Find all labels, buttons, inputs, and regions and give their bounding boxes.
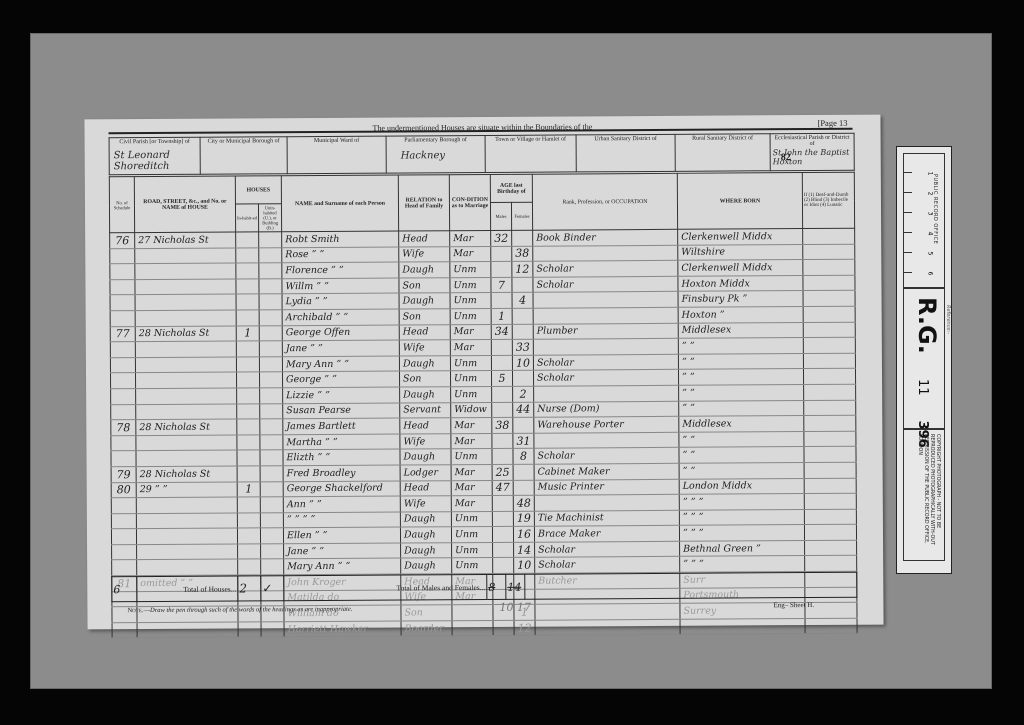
cell-condition: Unm: [452, 558, 493, 574]
col-road: ROAD, STREET, &c., and No. or NAME of HO…: [134, 176, 235, 233]
cell-relation: Daugh: [399, 293, 450, 309]
cell-name: Rose ” ”: [282, 247, 399, 263]
cell-female-age: [512, 277, 533, 293]
cell-name: Martha ” ”: [283, 434, 400, 450]
cell-schedule: [110, 357, 135, 373]
cell-name: Harriett Hawker: [284, 621, 401, 637]
cell-male-age: [491, 293, 512, 309]
cell-uninhabited: [260, 388, 283, 404]
cell-condition: Unm: [450, 371, 491, 387]
cell-uninhabited: [260, 434, 283, 450]
cell-born: Hoxton ”: [678, 307, 803, 323]
cell-relation: Son: [399, 277, 450, 293]
cell-female-age: [513, 417, 534, 433]
cell-schedule: 80: [111, 482, 136, 498]
cell-occupation: Music Printer: [534, 479, 679, 495]
cell-name: Fred Broadley: [283, 465, 400, 481]
cell-name: Florence ” ”: [282, 262, 399, 278]
cell-born: London Middx: [679, 478, 804, 494]
cell-infirmity: [804, 462, 856, 478]
cell-female-age: 10: [514, 558, 535, 574]
copyright-box: COPYRIGHT PHOTOGRAPH - NOT TO BE REPRODU…: [903, 429, 945, 561]
persons-total-label: Total of Males and Females...: [284, 574, 487, 600]
houses-uninhabited-total: ✓: [261, 576, 284, 601]
cell-born: ” ”: [678, 353, 803, 369]
cell-female-age: [512, 230, 533, 246]
col-males: Males: [490, 202, 511, 230]
cell-relation: Boarder: [401, 621, 452, 637]
col-condition: CON-DITION as to Marriage: [449, 174, 490, 230]
cell-road: [136, 435, 237, 451]
cell-relation: Wife: [399, 246, 450, 262]
cell-relation: Head: [399, 231, 450, 247]
cell-infirmity: [803, 353, 855, 369]
cell-born: Hoxton Middx: [678, 275, 803, 291]
cell-relation: Lodger: [400, 465, 451, 481]
boundary-parliamentary: Parliamentary Borough of Hackney: [386, 135, 485, 173]
ruler: 1 2 3 4 5 6 PUBLIC RECORD OFFICE: [903, 153, 945, 289]
cell-inhabited: [237, 435, 260, 451]
cell-relation: Wife: [400, 496, 451, 512]
cell-name: Elizth ” ”: [283, 449, 400, 465]
cell-male-age: [492, 449, 513, 465]
cell-inhabited: [236, 294, 259, 310]
cell-uninhabited: [260, 466, 283, 482]
cell-condition: Unm: [450, 262, 491, 278]
cell-male-age: [493, 542, 514, 558]
cell-schedule: [111, 451, 136, 467]
cell-occupation: Tie Machinist: [534, 510, 679, 526]
cell-male-age: [491, 262, 512, 278]
pencil-annotation: 10 17: [499, 601, 531, 614]
cell-schedule: [111, 404, 136, 420]
cell-relation: Daugh: [400, 527, 451, 543]
cell-infirmity: [804, 431, 856, 447]
district-stamp: 82: [781, 152, 791, 163]
cell-condition: Mar: [450, 230, 491, 246]
cell-occupation: Cabinet Maker: [534, 463, 679, 479]
cell-male-age: 1: [491, 308, 512, 324]
cell-female-age: [512, 324, 533, 340]
cell-born: ” ”: [679, 384, 804, 400]
houses-total-label: Total of Houses...: [137, 576, 238, 602]
cell-infirmity: [805, 556, 857, 572]
cell-schedule: [111, 529, 136, 545]
reference-strip: 1 2 3 4 5 6 PUBLIC RECORD OFFICE Referen…: [896, 146, 952, 574]
cell-uninhabited: [259, 232, 282, 248]
boundary-civil-parish: Civil Parish [or Township] of St Leonard…: [109, 137, 200, 175]
cell-relation: Daugh: [401, 558, 452, 574]
cell-name: Mary Ann ” ”: [284, 558, 401, 574]
cell-road: [136, 497, 237, 513]
cell-name: Ellen ” ”: [283, 527, 400, 543]
note-label: Note.—: [127, 607, 150, 614]
cell-condition: Unm: [450, 355, 491, 371]
cell-relation: Daugh: [400, 511, 451, 527]
cell-condition: Mar: [451, 480, 492, 496]
cell-male-age: 5: [491, 371, 512, 387]
cell-schedule: [111, 513, 136, 529]
cell-occupation: Warehouse Porter: [534, 416, 679, 432]
boundary-label: Parliamentary Borough of: [388, 137, 484, 144]
cell-name: Archibald ” ”: [282, 309, 399, 325]
cell-name: George ” ”: [282, 371, 399, 387]
cell-relation: Daugh: [400, 387, 451, 403]
boundary-label: Rural Sanitary District of: [677, 135, 769, 142]
cell-born: [680, 618, 805, 634]
cell-infirmity: [803, 306, 855, 322]
cell-schedule: [110, 342, 135, 358]
col-relation: RELATION to Head of Family: [398, 175, 449, 231]
cell-condition: Mar: [450, 324, 491, 340]
cell-uninhabited: [259, 263, 282, 279]
cell-female-age: 8: [513, 449, 534, 465]
cell-schedule: [111, 389, 136, 405]
boundary-value: Hackney: [401, 150, 445, 161]
cell-uninhabited: [260, 497, 283, 513]
cell-female-age: 38: [512, 246, 533, 262]
boundary-rural: Rural Sanitary District of: [675, 134, 770, 172]
cell-name: Lydia ” ”: [282, 293, 399, 309]
cell-relation: Wife: [399, 340, 450, 356]
cell-condition: Mar: [450, 246, 491, 262]
cell-infirmity: [804, 415, 856, 431]
cell-road: [136, 528, 237, 544]
cell-female-age: [512, 371, 533, 387]
cell-male-age: 47: [492, 480, 513, 496]
reference-class: R.G.: [913, 297, 941, 354]
cell-female-age: 48: [513, 495, 534, 511]
cell-occupation: [533, 245, 678, 261]
note-text: Draw the pen through such of the words o…: [150, 606, 352, 614]
cell-road: [136, 404, 237, 420]
cell-schedule: [111, 498, 136, 514]
cell-relation: Daugh: [400, 449, 451, 465]
cell-occupation: Plumber: [533, 323, 678, 339]
cell-infirmity: [804, 493, 856, 509]
cell-born: Bethnal Green ”: [680, 540, 805, 556]
cell-born: Clerkenwell Middx: [678, 229, 803, 245]
cell-female-age: 44: [513, 402, 534, 418]
cell-relation: Daugh: [401, 543, 452, 559]
cell-male-age: [492, 527, 513, 543]
cell-inhabited: [236, 357, 259, 373]
cell-name: Robt Smith: [282, 231, 399, 247]
cell-inhabited: [236, 263, 259, 279]
cell-male-age: 38: [492, 417, 513, 433]
census-table: No. of Schedule ROAD, STREET, &c., and N…: [109, 172, 858, 639]
cell-infirmity: [804, 509, 856, 525]
cell-male-age: 32: [491, 230, 512, 246]
cell-born: Clerkenwell Middx: [678, 260, 803, 276]
cell-uninhabited: [259, 325, 282, 341]
cell-road: 28 Nicholas St: [135, 326, 236, 342]
cell-uninhabited: [261, 544, 284, 560]
col-uninhabited: Unin-habited (U.), or Building (B.): [258, 204, 281, 232]
cell-relation: Head: [399, 324, 450, 340]
cell-infirmity: [803, 259, 855, 275]
cell-road: [136, 450, 237, 466]
cell-female-age: 31: [513, 433, 534, 449]
col-name: NAME and Surname of each Person: [281, 175, 398, 232]
cell-road: 29 ” ”: [136, 482, 237, 498]
cell-name: Ann ” ”: [283, 496, 400, 512]
cell-road: [135, 357, 236, 373]
cell-condition: Unm: [450, 293, 491, 309]
boundaries-header: Civil Parish [or Township] of St Leonard…: [109, 133, 855, 176]
cell-condition: Unm: [450, 308, 491, 324]
col-females: Females: [511, 202, 532, 230]
cell-road: [137, 559, 238, 575]
cell-uninhabited: [261, 559, 284, 575]
boundary-ecclesiastical: Ecclesiastical Parish or District of St …: [770, 133, 854, 171]
cell-inhabited: [236, 279, 259, 295]
col-age: AGE last Birthday of: [490, 174, 532, 202]
cell-road: [135, 279, 236, 295]
ruler-mark: 5: [926, 252, 933, 256]
cell-condition: Unm: [451, 527, 492, 543]
boundary-urban: Urban Sanitary District of: [576, 134, 675, 172]
col-houses: HOUSES: [235, 176, 281, 204]
cell-schedule: [112, 560, 137, 576]
cell-condition: Widow: [451, 402, 492, 418]
cell-inhabited: [236, 341, 259, 357]
col-born: WHERE BORN: [677, 173, 802, 230]
cell-male-age: [493, 558, 514, 574]
cell-relation: Daugh: [399, 355, 450, 371]
cell-uninhabited: [259, 341, 282, 357]
houses-inhabited-total: 2: [238, 576, 261, 601]
cell-relation: Son: [399, 309, 450, 325]
cell-male-age: [492, 511, 513, 527]
cell-road: [135, 263, 236, 279]
boundary-value: St Leonard Shoreditch: [114, 150, 200, 173]
cell-inhabited: [237, 388, 260, 404]
cell-relation: Servant: [400, 402, 451, 418]
boundary-city: City or Municipal Borough of: [200, 137, 287, 175]
cell-female-age: 19: [513, 511, 534, 527]
cell-inhabited: [237, 403, 260, 419]
cell-infirmity: [804, 384, 856, 400]
cell-occupation: Scholar: [533, 354, 678, 370]
cell-schedule: 79: [111, 467, 136, 483]
cell-infirmity: [804, 478, 856, 494]
cell-uninhabited: [259, 279, 282, 295]
cell-female-age: 12: [514, 620, 535, 636]
cell-road: [135, 248, 236, 264]
cell-male-age: [492, 433, 513, 449]
cell-condition: [452, 605, 493, 621]
cell-born: ” ”: [678, 369, 803, 385]
schedule-total: 6: [112, 577, 137, 602]
cell-uninhabited: [260, 419, 283, 435]
cell-infirmity: [803, 322, 855, 338]
cell-road: [136, 388, 237, 404]
cell-name: George Shackelford: [283, 481, 400, 497]
cell-infirmity: [803, 369, 855, 385]
cell-schedule: 78: [111, 420, 136, 436]
boundary-label: City or Municipal Borough of: [202, 138, 286, 145]
cell-condition: Unm: [450, 277, 491, 293]
reference-label: Reference:-: [945, 305, 951, 334]
cell-infirmity: [803, 228, 855, 244]
cell-name: Jane ” ”: [284, 543, 401, 559]
cell-born: ” ”: [679, 431, 804, 447]
cell-occupation: Scholar: [533, 276, 678, 292]
cell-uninhabited: [259, 372, 282, 388]
males-total: 8: [487, 574, 506, 599]
cell-occupation: Scholar: [535, 557, 680, 573]
cell-condition: Mar: [451, 418, 492, 434]
cell-female-age: [512, 308, 533, 324]
cell-road: 27 Nicholas St: [135, 232, 236, 248]
cell-relation: Wife: [400, 433, 451, 449]
cell-uninhabited: [261, 622, 284, 638]
cell-born: ” ” ”: [680, 556, 805, 572]
cell-inhabited: [237, 497, 260, 513]
cell-condition: Unm: [451, 449, 492, 465]
cell-born: Middlesex: [678, 322, 803, 338]
cell-uninhabited: [259, 310, 282, 326]
cell-inhabited: [238, 559, 261, 575]
cell-schedule: [110, 311, 135, 327]
cell-inhabited: 1: [237, 481, 260, 497]
cell-born: ” ”: [678, 338, 803, 354]
cell-male-age: [493, 620, 514, 636]
boundary-label: Urban Sanitary District of: [578, 136, 674, 143]
cell-born: ” ”: [679, 400, 804, 416]
footer-note: Note.—Draw the pen through such of the w…: [127, 606, 352, 614]
cell-relation: Head: [400, 480, 451, 496]
col-inhabited: In-habit-ed: [235, 204, 258, 232]
cell-uninhabited: [260, 512, 283, 528]
cell-road: [135, 341, 236, 357]
cell-condition: [452, 620, 493, 636]
sheet-code: Eng– Sheet H.: [773, 601, 814, 609]
totals-blank: [525, 572, 857, 599]
cell-inhabited: [236, 247, 259, 263]
cell-occupation: [535, 619, 680, 635]
cell-schedule: 77: [110, 326, 135, 342]
boundary-town: Town or Village or Hamlet of: [485, 135, 576, 173]
cell-male-age: [491, 246, 512, 262]
cell-infirmity: [803, 244, 855, 260]
cell-occupation: [535, 604, 680, 620]
col-infirmity: If (1) Deaf-and-Dumb (2) Blind (3) Imbec…: [802, 172, 854, 228]
cell-occupation: Scholar: [533, 261, 678, 277]
cell-uninhabited: [260, 528, 283, 544]
cell-occupation: [533, 338, 678, 354]
cell-road: [135, 294, 236, 310]
cell-male-age: [492, 495, 513, 511]
cell-name: Jane ” ”: [282, 340, 399, 356]
cell-inhabited: [236, 232, 259, 248]
cell-condition: Unm: [451, 386, 492, 402]
cell-infirmity: [803, 337, 855, 353]
cell-occupation: Scholar: [533, 370, 678, 386]
cell-name: Susan Pearse: [283, 403, 400, 419]
cell-inhabited: [237, 419, 260, 435]
cell-occupation: Nurse (Dom): [534, 401, 679, 417]
cell-schedule: [112, 622, 137, 638]
cell-schedule: [110, 373, 135, 389]
cell-female-age: 4: [512, 293, 533, 309]
cell-born: ” ” ”: [679, 494, 804, 510]
page-number: [Page 13: [817, 118, 847, 128]
cell-occupation: Brace Maker: [534, 526, 679, 542]
females-total: 14: [506, 574, 525, 599]
cell-inhabited: [237, 450, 260, 466]
cell-road: [137, 622, 238, 638]
cell-road: [135, 372, 236, 388]
cell-born: ” ” ”: [679, 509, 804, 525]
cell-female-age: [513, 480, 534, 496]
cell-male-age: 25: [492, 464, 513, 480]
boundary-label: Town or Village or Hamlet of: [487, 136, 575, 143]
cell-schedule: [110, 264, 135, 280]
reference-piece: 11: [915, 379, 930, 396]
reference-number: Reference:- R.G. 11 396: [913, 297, 941, 448]
copyright-text: COPYRIGHT PHOTOGRAPH - NOT TO BE REPRODU…: [916, 434, 940, 559]
cell-road: [135, 310, 236, 326]
cell-condition: Mar: [450, 340, 491, 356]
cell-name: Willm ” ”: [282, 278, 399, 294]
cell-schedule: [112, 545, 137, 561]
cell-female-age: 14: [514, 542, 535, 558]
boundary-label: Civil Parish [or Township] of: [111, 139, 199, 146]
cell-inhabited: [236, 310, 259, 326]
cell-born: ” ” ”: [679, 525, 804, 541]
ruler-mark: 6: [926, 272, 933, 276]
cell-relation: Son: [399, 371, 450, 387]
cell-female-age: [513, 464, 534, 480]
cell-infirmity: [804, 400, 856, 416]
cell-infirmity: [803, 275, 855, 291]
cell-male-age: [492, 402, 513, 418]
cell-schedule: [110, 279, 135, 295]
boundary-label: Ecclesiastical Parish or District of: [772, 135, 853, 147]
boundary-label: Municipal Ward of: [289, 138, 385, 145]
cell-inhabited: 1: [236, 325, 259, 341]
cell-inhabited: [237, 513, 260, 529]
cell-road: 28 Nicholas St: [136, 466, 237, 482]
cell-uninhabited: [259, 356, 282, 372]
cell-female-age: 33: [512, 339, 533, 355]
cell-condition: Unm: [452, 542, 493, 558]
cell-infirmity: [805, 540, 857, 556]
cell-schedule: 76: [110, 233, 135, 249]
cell-inhabited: [237, 466, 260, 482]
totals-row: 6 Total of Houses... 2 ✓ Total of Males …: [111, 572, 857, 603]
cell-condition: Unm: [451, 511, 492, 527]
cell-relation: Son: [401, 605, 452, 621]
cell-uninhabited: [260, 403, 283, 419]
cell-name: Mary Ann ” ”: [282, 356, 399, 372]
cell-schedule: [110, 295, 135, 311]
cell-infirmity: [804, 525, 856, 541]
cell-uninhabited: [260, 481, 283, 497]
cell-born: ” ”: [679, 447, 804, 463]
cell-born: Middlesex: [679, 416, 804, 432]
cell-male-age: [491, 355, 512, 371]
cell-condition: Mar: [451, 464, 492, 480]
census-page: The undermentioned Houses are situate wi…: [84, 115, 883, 630]
cell-infirmity: [805, 618, 857, 634]
cell-occupation: [534, 432, 679, 448]
cell-inhabited: [236, 372, 259, 388]
cell-occupation: Book Binder: [533, 229, 678, 245]
cell-born: ” ”: [679, 462, 804, 478]
